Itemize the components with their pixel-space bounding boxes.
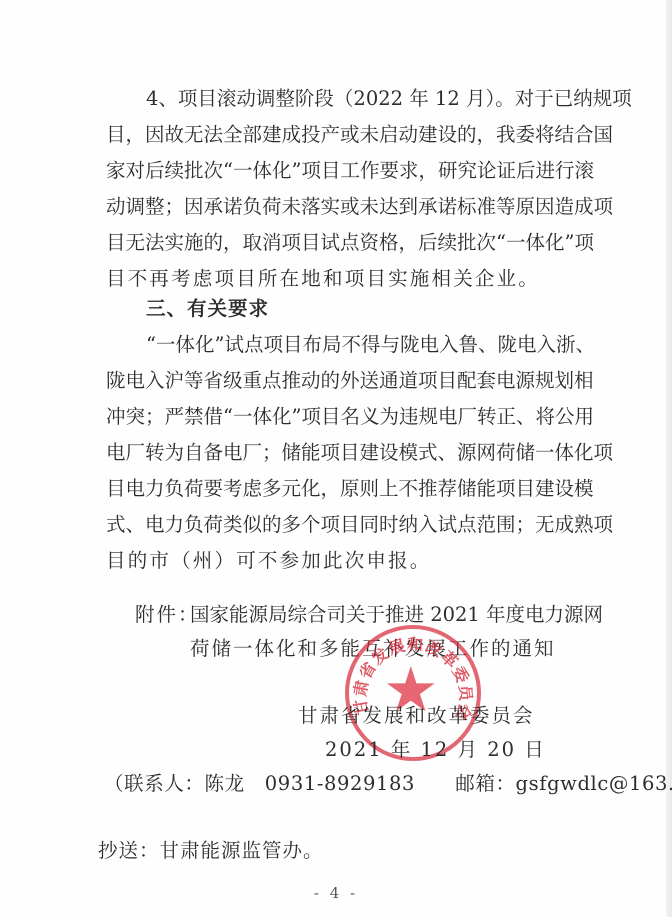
section-3-line-5: 目电力负荷要考虑多元化，原则上不推荐储能项目建设模 bbox=[106, 476, 572, 502]
section-4-line-4: 动调整；因承诺负荷未落实或未达到承诺标准等原因造成项 bbox=[106, 194, 572, 220]
section-4-line-5: 目无法实施的，取消项目试点资格，后续批次“一体化”项 bbox=[106, 230, 572, 256]
issuing-organization: 甘肃省发展和改革委员会 bbox=[298, 703, 535, 729]
section-4-line-6: 目不再考虑项目所在地和项目实施相关企业。 bbox=[106, 266, 572, 292]
attachment-title-line-1[interactable]: 国家能源局综合司关于推进 2021 年度电力源网 bbox=[190, 602, 574, 628]
section-4-line-2: 目，因故无法全部建成投产或未启动建设的，我委将结合国 bbox=[106, 122, 572, 148]
document-page: 4、项目滚动调整阶段（2022 年 12 月）。对于已纳规项 目，因故无法全部建… bbox=[0, 0, 672, 917]
contact-info: （联系人：陈龙 0931-8929183 邮箱：gsfgwdlc@163.com… bbox=[104, 771, 672, 797]
section-3-line-2: 陇电入沪等省级重点推动的外送通道项目配套电源规划相 bbox=[106, 368, 572, 394]
section-3-line-7: 目的市（州）可不参加此次申报。 bbox=[106, 548, 572, 574]
page-number: - 4 - bbox=[0, 884, 672, 902]
section-3-line-6: 式、电力负荷类似的多个项目同时纳入试点范围；无成熟项 bbox=[106, 512, 572, 538]
cc-recipients: 抄送：甘肃能源监管办。 bbox=[98, 838, 324, 864]
issue-date: 2021 年 12 月 20 日 bbox=[325, 737, 546, 763]
section-4-line-1: 4、项目滚动调整阶段（2022 年 12 月）。对于已纳规项 bbox=[146, 86, 572, 112]
section-3-heading: 三、有关要求 bbox=[146, 296, 572, 322]
section-3-line-4: 电厂转为自备电厂；储能项目建设模式、源网荷储一体化项 bbox=[106, 440, 572, 466]
section-3-line-3: 冲突；严禁借“一体化”项目名义为违规电厂转正、将公用 bbox=[106, 404, 572, 430]
section-3-line-1: “一体化”试点项目布局不得与陇电入鲁、陇电入浙、 bbox=[146, 332, 572, 358]
section-4-line-3: 家对后续批次“一体化”项目工作要求，研究论证后进行滚 bbox=[106, 158, 572, 184]
